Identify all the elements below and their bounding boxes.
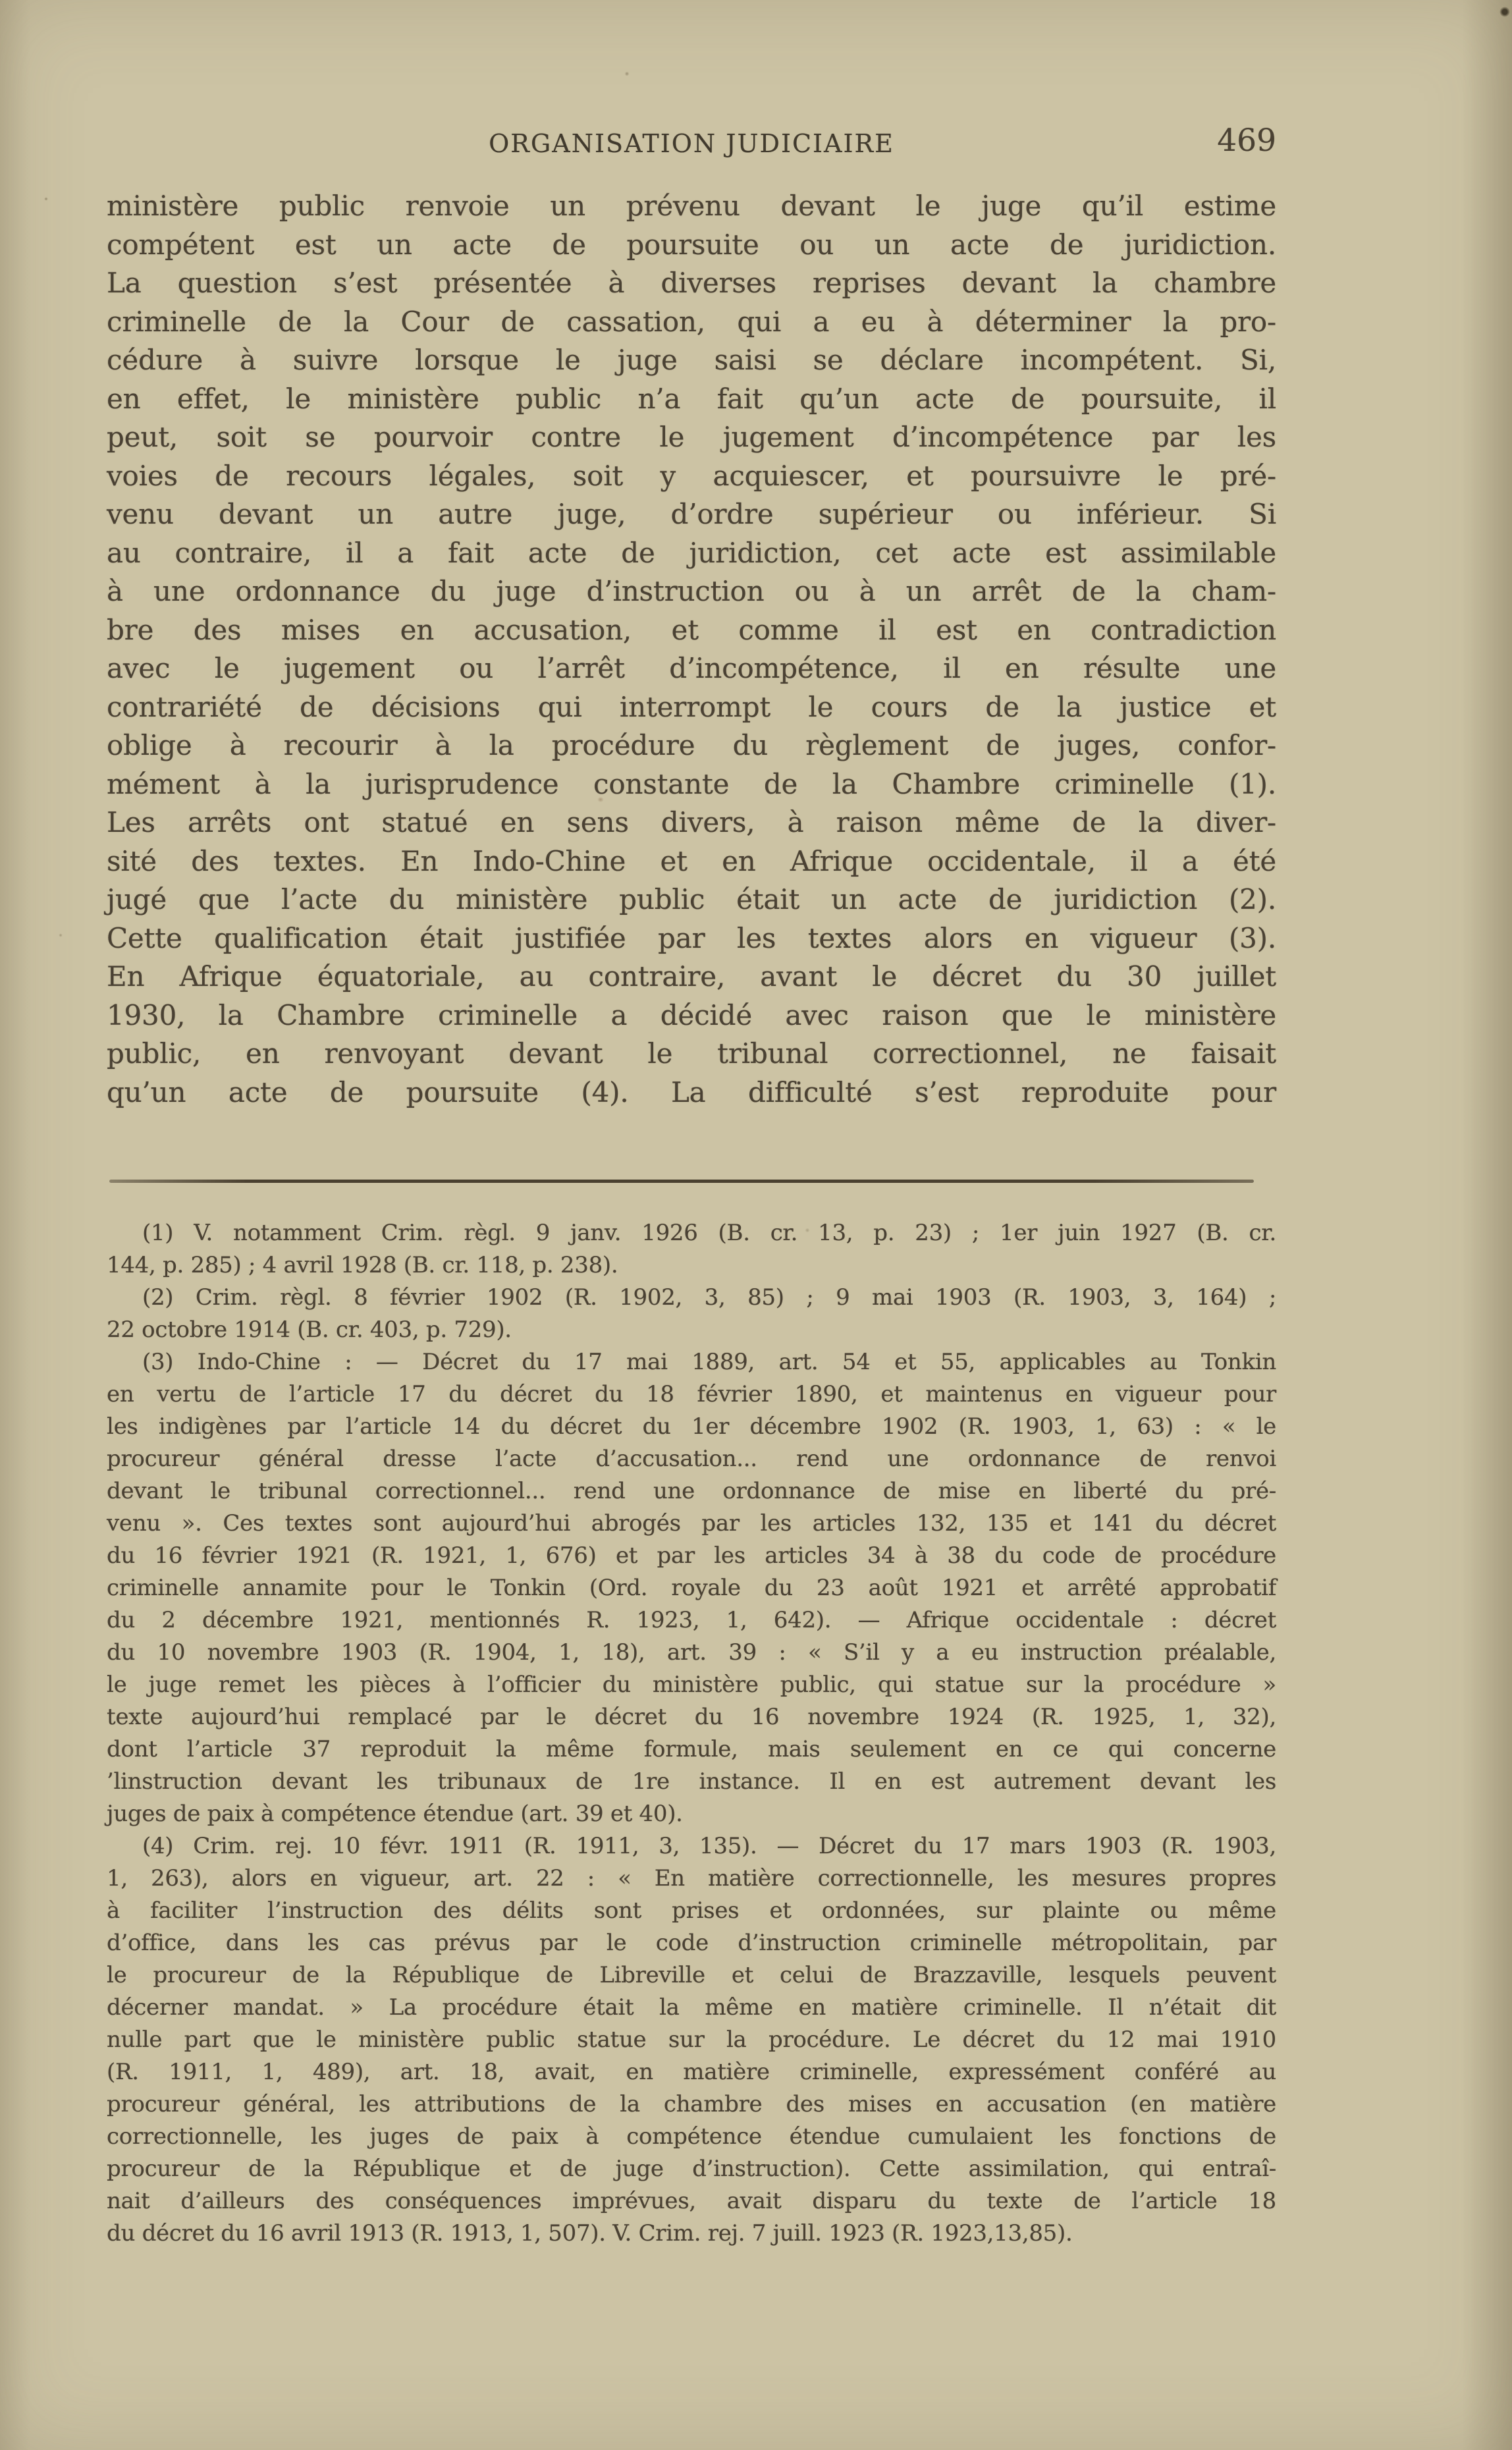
footnote-line: venu ». Ces textes sont aujourd’hui abro… bbox=[107, 1508, 1276, 1540]
body-line: en effet, le ministère public n’a fait q… bbox=[107, 380, 1276, 419]
body-line: avec le jugement ou l’arrêt d’incompéten… bbox=[107, 649, 1276, 688]
body-line: Cette qualification était justifiée par … bbox=[107, 919, 1276, 958]
footnote-line: 144, p. 285) ; 4 avril 1928 (B. cr. 118,… bbox=[107, 1249, 1276, 1282]
body-line: En Afrique équatoriale, au contraire, av… bbox=[107, 958, 1276, 996]
footnote-line: du 16 février 1921 (R. 1921, 1, 676) et … bbox=[107, 1540, 1276, 1572]
body-line: peut, soit se pourvoir contre le jugemen… bbox=[107, 418, 1276, 457]
footnote-line: correctionnelle, les juges de paix à com… bbox=[107, 2121, 1276, 2153]
footnote-line: (3) Indo-Chine : — Décret du 17 mai 1889… bbox=[107, 1346, 1276, 1378]
body-line: bre des mises en accusation, et comme il… bbox=[107, 611, 1276, 650]
footnote-line: procureur général dresse l’acte d’accusa… bbox=[107, 1443, 1276, 1475]
footnote-line: (2) Crim. règl. 8 février 1902 (R. 1902,… bbox=[107, 1282, 1276, 1314]
footnote-line: à faciliter l’instruction des délits son… bbox=[107, 1895, 1276, 1927]
footnote-line: (4) Crim. rej. 10 févr. 1911 (R. 1911, 3… bbox=[107, 1830, 1276, 1863]
footnotes: (1) V. notamment Crim. règl. 9 janv. 192… bbox=[107, 1217, 1276, 2250]
body-line: Les arrêts ont statué en sens divers, à … bbox=[107, 803, 1276, 842]
footnote-line: les indigènes par l’article 14 du décret… bbox=[107, 1411, 1276, 1443]
footnote-line: nait d’ailleurs des conséquences imprévu… bbox=[107, 2185, 1276, 2218]
body-line: compétent est un acte de poursuite ou un… bbox=[107, 226, 1276, 265]
running-header: ORGANISATION JUDICIAIRE 469 bbox=[107, 126, 1276, 163]
footnote-line: du décret du 16 avril 1913 (R. 1913, 1, … bbox=[107, 2218, 1276, 2250]
body-text: ministère public renvoie un prévenu deva… bbox=[107, 187, 1276, 1112]
body-line: ministère public renvoie un prévenu deva… bbox=[107, 187, 1276, 226]
footnote-line: dont l’article 37 reproduit la même form… bbox=[107, 1733, 1276, 1766]
body-line: oblige à recourir à la procédure du règl… bbox=[107, 726, 1276, 765]
book-page: ORGANISATION JUDICIAIRE 469 ministère pu… bbox=[0, 0, 1512, 2450]
footnote-3: (3) Indo-Chine : — Décret du 17 mai 1889… bbox=[107, 1346, 1276, 1830]
footnote-line: en vertu de l’article 17 du décret du 18… bbox=[107, 1378, 1276, 1411]
footnote-line: ’linstruction devant les tribunaux de 1r… bbox=[107, 1766, 1276, 1798]
body-line: cédure à suivre lorsque le juge saisi se… bbox=[107, 341, 1276, 380]
body-line: jugé que l’acte du ministère public étai… bbox=[107, 881, 1276, 919]
footnote-line: le juge remet les pièces à l’officier du… bbox=[107, 1669, 1276, 1701]
body-line: qu’un acte de poursuite (4). La difficul… bbox=[107, 1074, 1276, 1112]
body-line: public, en renvoyant devant le tribunal … bbox=[107, 1035, 1276, 1074]
footnote-line: criminelle annamite pour le Tonkin (Ord.… bbox=[107, 1572, 1276, 1604]
page-title: ORGANISATION JUDICIAIRE bbox=[107, 126, 1276, 161]
body-line: 1930, la Chambre criminelle a décidé ave… bbox=[107, 996, 1276, 1035]
footnote-line: le procureur de la République de Librevi… bbox=[107, 1959, 1276, 1992]
footnote-line: juges de paix à compétence étendue (art.… bbox=[107, 1798, 1276, 1830]
body-line: contrariété de décisions qui interrompt … bbox=[107, 688, 1276, 727]
body-line: voies de recours légales, soit y acquies… bbox=[107, 457, 1276, 496]
footnote-line: du 10 novembre 1903 (R. 1904, 1, 18), ar… bbox=[107, 1637, 1276, 1669]
footnote-line: du 2 décembre 1921, mentionnés R. 1923, … bbox=[107, 1604, 1276, 1637]
page-number: 469 bbox=[1217, 121, 1276, 161]
body-line: criminelle de la Cour de cassation, qui … bbox=[107, 303, 1276, 342]
footnote-2: (2) Crim. règl. 8 février 1902 (R. 1902,… bbox=[107, 1282, 1276, 1346]
footnote-line: d’office, dans les cas prévus par le cod… bbox=[107, 1927, 1276, 1959]
body-line: au contraire, il a fait acte de juridict… bbox=[107, 534, 1276, 573]
body-line: à une ordonnance du juge d’instruction o… bbox=[107, 572, 1276, 611]
body-line: venu devant un autre juge, d’ordre supér… bbox=[107, 495, 1276, 534]
footnote-separator bbox=[109, 1180, 1254, 1183]
footnote-line: décerner mandat. » La procédure était la… bbox=[107, 1992, 1276, 2024]
body-line: mément à la jurisprudence constante de l… bbox=[107, 765, 1276, 804]
body-line: La question s’est présentée à diverses r… bbox=[107, 264, 1276, 303]
footnote-line: (1) V. notamment Crim. règl. 9 janv. 192… bbox=[107, 1217, 1276, 1249]
footnote-1: (1) V. notamment Crim. règl. 9 janv. 192… bbox=[107, 1217, 1276, 1282]
body-line: sité des textes. En Indo-Chine et en Afr… bbox=[107, 842, 1276, 881]
footnote-line: procureur général, les attributions de l… bbox=[107, 2088, 1276, 2121]
footnote-line: procureur de la République et de juge d’… bbox=[107, 2153, 1276, 2185]
footnote-line: 22 octobre 1914 (B. cr. 403, p. 729). bbox=[107, 1314, 1276, 1346]
footnote-line: devant le tribunal correctionnel... rend… bbox=[107, 1475, 1276, 1508]
footnote-line: (R. 1911, 1, 489), art. 18, avait, en ma… bbox=[107, 2056, 1276, 2088]
footnote-line: 1, 263), alors en vigueur, art. 22 : « E… bbox=[107, 1863, 1276, 1895]
footnote-line: nulle part que le ministère public statu… bbox=[107, 2024, 1276, 2056]
footnote-4: (4) Crim. rej. 10 févr. 1911 (R. 1911, 3… bbox=[107, 1830, 1276, 2250]
footnote-line: texte aujourd’hui remplacé par le décret… bbox=[107, 1701, 1276, 1733]
